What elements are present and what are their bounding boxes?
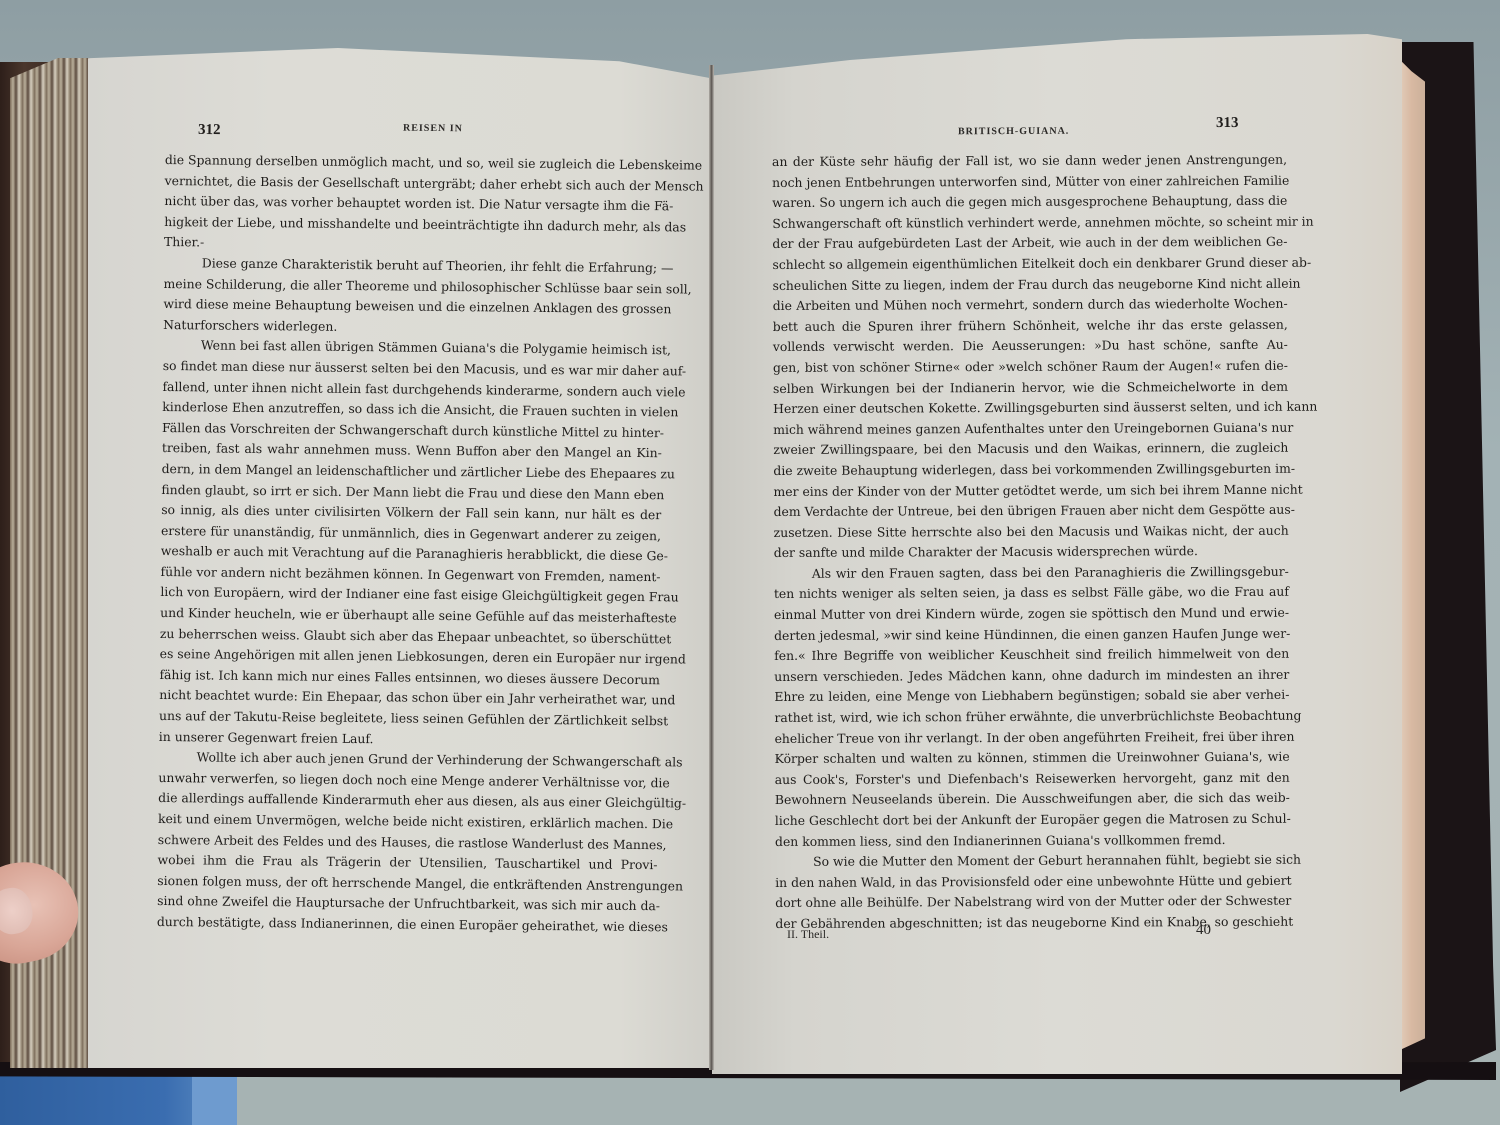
text-line: scheulichen Sitte zu liegen, indem der F… — [773, 273, 1288, 296]
text-line: Bewohnern Neuseelands überein. Die Aussc… — [775, 788, 1290, 811]
text-line: waren. So ungern ich auch die gegen mich… — [772, 191, 1287, 214]
left-page-text: die Spannung derselben unmöglich macht, … — [157, 150, 665, 938]
text-line: schlecht so allgemein eigenthümlichen Ei… — [772, 253, 1287, 276]
text-line: die Arbeiten und Mühen noch vermehrt, so… — [773, 294, 1288, 317]
right-page-text: an der Küste sehr häufig der Fall ist, w… — [772, 150, 1290, 935]
text-line: Herzen einer deutschen Kokette. Zwilling… — [773, 397, 1288, 420]
right-page-number: 313 — [1216, 115, 1239, 132]
book-gutter — [709, 65, 714, 1070]
text-line: unsern verschieden. Jedes Mädchen kann, … — [774, 665, 1289, 688]
left-page-number: 312 — [198, 122, 221, 139]
text-line: der Gebährenden abgeschnitten; ist das n… — [775, 912, 1290, 935]
text-line: rathet ist, wird, wie ich schon früher e… — [774, 706, 1289, 729]
text-line: dort ohne alle Beihülfe. Der Nabelstrang… — [775, 891, 1290, 914]
text-line: der sanfte und milde Charakter der Macus… — [774, 541, 1289, 564]
text-line: So wie die Mutter den Moment der Geburt … — [775, 850, 1290, 873]
text-line: aus Cook's, Forster's und Diefenbach's R… — [775, 768, 1290, 791]
text-line: an der Küste sehr häufig der Fall ist, w… — [772, 150, 1287, 173]
text-line: ehelicher Treue von ihr verlangt. In der… — [775, 726, 1290, 749]
sheet-number: 40 — [1196, 922, 1211, 939]
text-line: mer eins der Kinder von der Mutter getöd… — [773, 479, 1288, 502]
text-line: bett auch die Spuren ihrer frühern Schön… — [773, 315, 1288, 338]
text-line: die zweite Behauptung widerlegen, dass b… — [773, 459, 1288, 482]
text-line: liche Geschlecht dort bei der Ankunft de… — [775, 809, 1290, 832]
text-line: ten nichts weniger als selten seien, ja … — [774, 582, 1289, 605]
text-line: vollends verwischt werden. Die Aeusserun… — [773, 335, 1288, 358]
text-line: den kommen liess, sind den Indianerinnen… — [775, 829, 1290, 852]
left-running-head: REISEN IN — [403, 123, 463, 135]
text-line: der der Frau aufgebürdeten Last der Arbe… — [772, 232, 1287, 255]
text-line: einmal Mutter von drei Kindern würde, zo… — [774, 603, 1289, 626]
text-line: Schwangerschaft oft künstlich verhindert… — [772, 212, 1287, 235]
text-line: Körper schalten und walten zu können, st… — [775, 747, 1290, 770]
text-line: noch jenen Entbehrungen unterworfen sind… — [772, 170, 1287, 193]
text-line: zweier Zwillingspaare, bei den Macusis u… — [773, 438, 1288, 461]
right-running-head: BRITISCH-GUIANA. — [958, 126, 1069, 138]
text-line: in den nahen Wald, in das Provisionsfeld… — [775, 871, 1290, 894]
text-line: zusetzen. Diese Sitte herrschte also bei… — [774, 520, 1289, 543]
text-line: selben Wirkungen bei der Indianerin herv… — [773, 376, 1288, 399]
text-line: fen.« Ihre Begriffe von weiblicher Keusc… — [774, 644, 1289, 667]
text-line: derten jedesmal, »wir sind keine Hündinn… — [774, 623, 1289, 646]
photo-scene: 312 REISEN IN die Spannung derselben unm… — [0, 0, 1500, 1125]
text-line: Als wir den Frauen sagten, dass bei den … — [774, 562, 1289, 585]
text-line: mich während meines ganzen Aufenthaltes … — [773, 417, 1288, 440]
text-line: gen, bist von schöner Stirne« oder »welc… — [773, 356, 1288, 379]
text-line: Ehre zu leiden, eine Menge von Liebhaber… — [774, 685, 1289, 708]
text-line: dem Verdachte der Untreue, bei den übrig… — [774, 500, 1289, 523]
blue-object-label — [192, 1072, 237, 1125]
sheet-signature: II. Theil. — [787, 927, 829, 942]
